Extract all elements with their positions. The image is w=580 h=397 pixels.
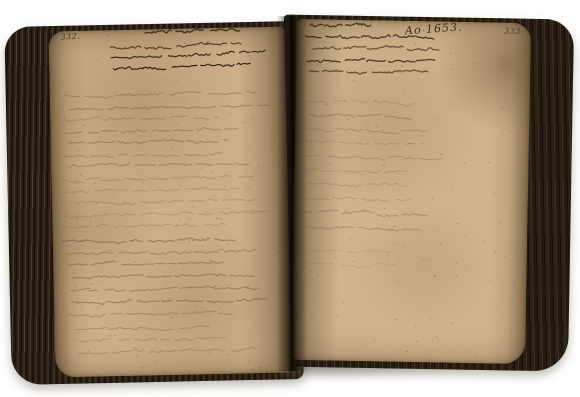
handwriting-left xyxy=(48,27,291,378)
handwriting-right xyxy=(291,19,531,364)
manuscript-book-photo: 332. Ao 1653. 333. xyxy=(0,0,580,397)
manuscript-page-right: Ao 1653. 333. xyxy=(291,19,531,364)
page-number-right: 333. xyxy=(504,26,524,36)
page-number-left: 332. xyxy=(60,32,80,42)
manuscript-page-left: 332. xyxy=(48,27,291,378)
book-gutter-shadow xyxy=(277,16,307,371)
